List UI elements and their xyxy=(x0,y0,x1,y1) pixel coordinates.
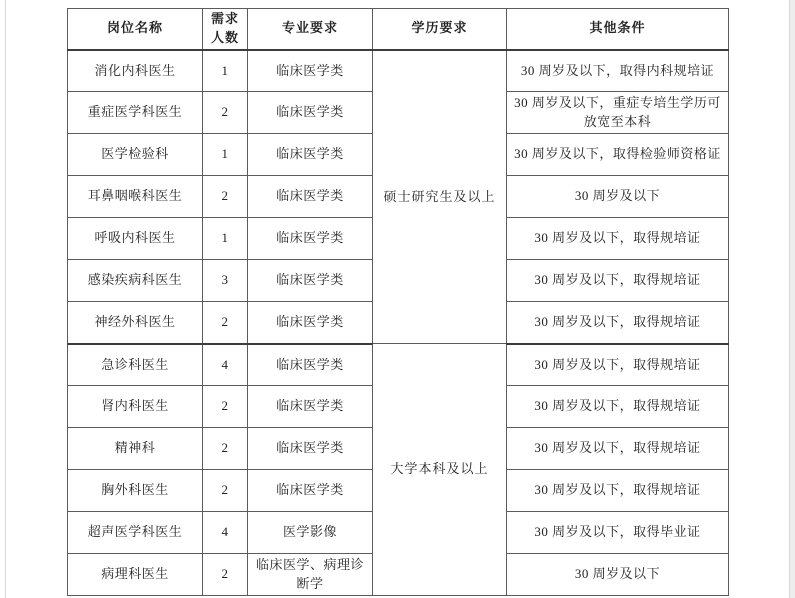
header-count: 需求人数 xyxy=(203,9,248,50)
cell-position: 呼吸内科医生 xyxy=(68,218,203,260)
cell-position: 感染疾病科医生 xyxy=(68,260,203,302)
cell-position: 神经外科医生 xyxy=(68,302,203,344)
header-education: 学历要求 xyxy=(373,9,507,50)
cell-major: 临床医学、病理诊断学 xyxy=(248,554,373,596)
cell-count: 2 xyxy=(203,554,248,596)
cell-count: 1 xyxy=(203,218,248,260)
cell-count: 2 xyxy=(203,428,248,470)
cell-count: 1 xyxy=(203,134,248,176)
cell-position: 医学检验科 xyxy=(68,134,203,176)
page-edge-left xyxy=(5,0,6,598)
cell-other: 30 周岁及以下，重症专培生学历可放宽至本科 xyxy=(507,92,729,134)
cell-count: 4 xyxy=(203,344,248,386)
header-major: 专业要求 xyxy=(248,9,373,50)
cell-major: 临床医学类 xyxy=(248,344,373,386)
cell-other: 30 周岁及以下 xyxy=(507,554,729,596)
cell-major: 临床医学类 xyxy=(248,428,373,470)
cell-other: 30 周岁及以下，取得内科规培证 xyxy=(507,50,729,92)
cell-position: 精神科 xyxy=(68,428,203,470)
cell-count: 3 xyxy=(203,260,248,302)
cell-position: 重症医学科医生 xyxy=(68,92,203,134)
cell-position: 胸外科医生 xyxy=(68,470,203,512)
cell-other: 30 周岁及以下，取得规培证 xyxy=(507,302,729,344)
cell-position: 肾内科医生 xyxy=(68,386,203,428)
cell-position: 急诊科医生 xyxy=(68,344,203,386)
cell-other: 30 周岁及以下，取得规培证 xyxy=(507,428,729,470)
cell-major: 临床医学类 xyxy=(248,260,373,302)
cell-count: 2 xyxy=(203,470,248,512)
cell-position: 耳鼻咽喉科医生 xyxy=(68,176,203,218)
header-position: 岗位名称 xyxy=(68,9,203,50)
cell-other: 30 周岁及以下 xyxy=(507,176,729,218)
cell-count: 2 xyxy=(203,176,248,218)
cell-major: 临床医学类 xyxy=(248,134,373,176)
page-edge-right xyxy=(789,0,795,598)
header-other: 其他条件 xyxy=(507,9,729,50)
cell-other: 30 周岁及以下，取得规培证 xyxy=(507,386,729,428)
cell-other: 30 周岁及以下，取得规培证 xyxy=(507,218,729,260)
cell-major: 临床医学类 xyxy=(248,92,373,134)
cell-other: 30 周岁及以下，取得规培证 xyxy=(507,344,729,386)
cell-major: 临床医学类 xyxy=(248,386,373,428)
table-row: 急诊科医生 4 临床医学类 大学本科及以上 30 周岁及以下，取得规培证 xyxy=(68,344,729,386)
cell-education-group-masters: 硕士研究生及以上 xyxy=(373,50,507,344)
cell-position: 病理科医生 xyxy=(68,554,203,596)
cell-count: 2 xyxy=(203,302,248,344)
cell-major: 医学影像 xyxy=(248,512,373,554)
cell-other: 30 周岁及以下，取得规培证 xyxy=(507,260,729,302)
cell-major: 临床医学类 xyxy=(248,218,373,260)
cell-major: 临床医学类 xyxy=(248,50,373,92)
cell-other: 30 周岁及以下，取得毕业证 xyxy=(507,512,729,554)
cell-count: 2 xyxy=(203,92,248,134)
cell-position: 超声医学科医生 xyxy=(68,512,203,554)
cell-count: 2 xyxy=(203,386,248,428)
cell-position: 消化内科医生 xyxy=(68,50,203,92)
header-row: 岗位名称 需求人数 专业要求 学历要求 其他条件 xyxy=(68,9,729,50)
cell-other: 30 周岁及以下，取得规培证 xyxy=(507,470,729,512)
table-row: 消化内科医生 1 临床医学类 硕士研究生及以上 30 周岁及以下，取得内科规培证 xyxy=(68,50,729,92)
cell-count: 4 xyxy=(203,512,248,554)
cell-count: 1 xyxy=(203,50,248,92)
recruitment-table: 岗位名称 需求人数 专业要求 学历要求 其他条件 消化内科医生 1 临床医学类 … xyxy=(67,8,729,596)
cell-other: 30 周岁及以下，取得检验师资格证 xyxy=(507,134,729,176)
cell-major: 临床医学类 xyxy=(248,470,373,512)
cell-major: 临床医学类 xyxy=(248,176,373,218)
cell-education-group-bachelor: 大学本科及以上 xyxy=(373,344,507,596)
cell-major: 临床医学类 xyxy=(248,302,373,344)
